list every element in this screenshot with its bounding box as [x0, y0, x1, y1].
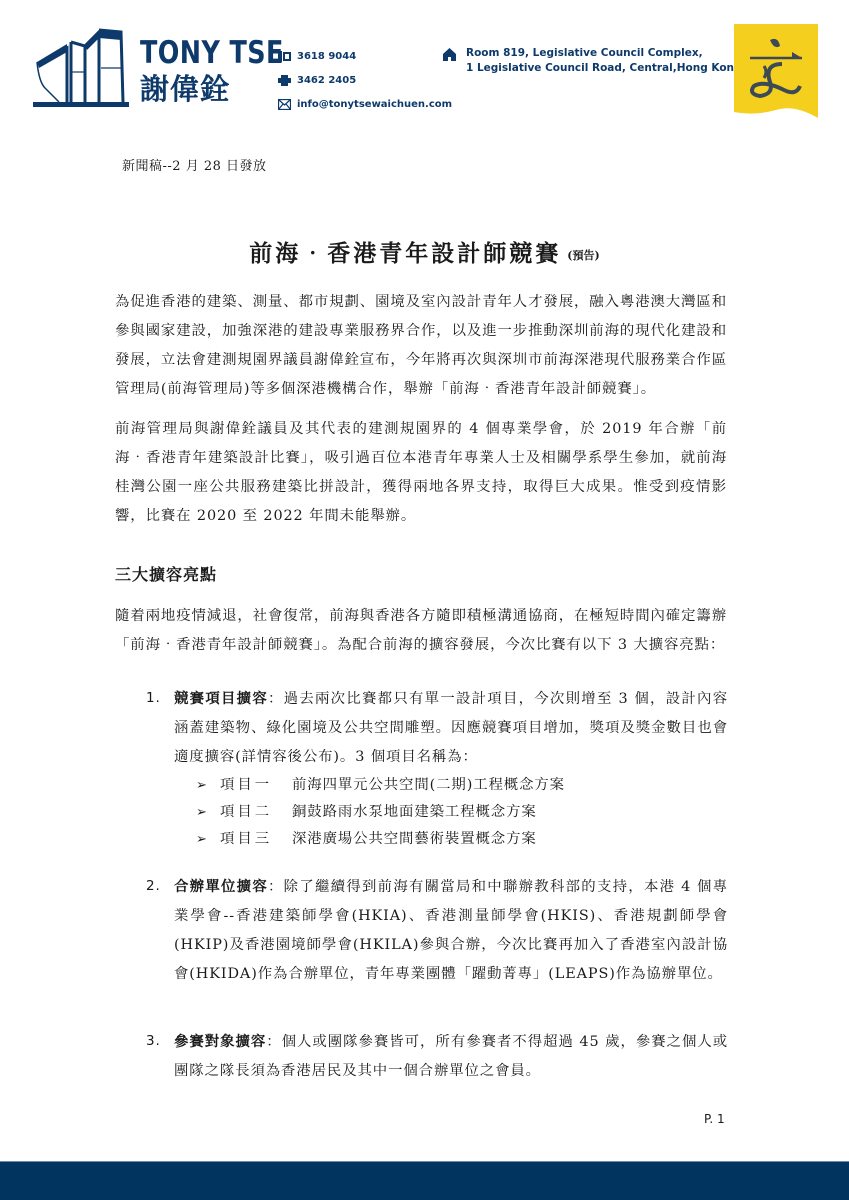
intro-paragraph: 為促進香港的建築、測量、都市規劃、園境及室內設計青年人才發展，融入粵港澳大灣區和… — [115, 288, 727, 404]
page-title: 前海‧香港青年設計師競賽(預告) — [0, 235, 849, 268]
section-heading: 三大擴容亮點 — [115, 562, 217, 585]
project-code: 項目二 — [220, 799, 292, 826]
highlight-item: 3. 參賽對象擴容：個人或團隊參賽皆可，所有參賽者不得超過 45 歲，參賽之個人… — [146, 1027, 728, 1086]
highlight-list-2: 2. 合辦單位擴容：除了繼續得到前海有關當局和中聯辦教科部的支持，本港 4 個專… — [146, 872, 728, 989]
item-number: 1. — [146, 684, 161, 713]
project-code: 項目三 — [220, 826, 292, 853]
contact-fax: 3462 2405 — [278, 68, 452, 92]
title-note: (預告) — [567, 249, 599, 262]
project-list: ➢ 項目一 前海四單元公共空間(二期)工程概念方案 ➢ 項目二 銅鼓路雨水泵地面… — [174, 772, 728, 853]
project-item: ➢ 項目一 前海四單元公共空間(二期)工程概念方案 — [196, 772, 728, 799]
title-text: 前海‧香港青年設計師競賽 — [249, 240, 561, 267]
footer-bar — [0, 1161, 849, 1200]
item-lead: 競賽項目擴容 — [174, 690, 268, 707]
phone-icon — [278, 51, 291, 62]
contact-list: 3618 9044 3462 2405 info@tonytsewaichuen… — [278, 44, 452, 116]
contact-phone: 3618 9044 — [278, 44, 452, 68]
highlight-list-3: 3. 參賽對象擴容：個人或團隊參賽皆可，所有參賽者不得超過 45 歲，參賽之個人… — [146, 1027, 728, 1086]
section-intro-paragraph: 隨着兩地疫情減退，社會復常，前海與香港各方隨即積極溝通協商，在極短時間內確定籌辦… — [115, 602, 727, 660]
background-paragraph: 前海管理局與謝偉銓議員及其代表的建測規園界的 4 個專業學會，於 2019 年合… — [115, 415, 727, 531]
fax-number: 3462 2405 — [297, 75, 356, 86]
project-item: ➢ 項目二 銅鼓路雨水泵地面建築工程概念方案 — [196, 799, 728, 826]
brand-name-en: TONY TSE — [140, 36, 284, 70]
project-item: ➢ 項目三 深港廣場公共空間藝術裝置概念方案 — [196, 826, 728, 853]
item-number: 3. — [146, 1027, 161, 1056]
home-icon — [443, 48, 456, 61]
project-code: 項目一 — [220, 772, 292, 799]
phone-number: 3618 9044 — [297, 51, 356, 62]
address-line-2: 1 Legislative Council Road, Central,Hong… — [466, 61, 742, 76]
office-address: Room 819, Legislative Council Complex, 1… — [443, 46, 742, 76]
arrow-bullet-icon: ➢ — [196, 772, 220, 799]
contact-email[interactable]: info@tonytsewaichuen.com — [278, 92, 452, 116]
arrow-bullet-icon: ➢ — [196, 826, 220, 853]
highlight-list-1: 1. 競賽項目擴容：過去兩次比賽都只有單一設計項目，今次則增至 3 個，設計內容… — [146, 684, 728, 853]
email-icon — [278, 99, 291, 110]
project-name: 前海四單元公共空間(二期)工程概念方案 — [292, 772, 565, 799]
highlight-item: 1. 競賽項目擴容：過去兩次比賽都只有單一設計項目，今次則增至 3 個，設計內容… — [146, 684, 728, 853]
item-lead: 合辦單位擴容 — [174, 878, 268, 895]
release-date-line: 新聞稿--2 月 28 日發放 — [122, 155, 267, 174]
item-lead: 參賽對象擴容 — [174, 1033, 266, 1050]
page-number: P. 1 — [704, 1112, 725, 1126]
email-address[interactable]: info@tonytsewaichuen.com — [297, 99, 452, 110]
legislative-council-logo-icon — [734, 24, 818, 118]
item-number: 2. — [146, 872, 161, 901]
project-name: 銅鼓路雨水泵地面建築工程概念方案 — [292, 799, 537, 826]
project-name: 深港廣場公共空間藝術裝置概念方案 — [292, 826, 537, 853]
fax-icon — [278, 75, 291, 86]
address-line-1: Room 819, Legislative Council Complex, — [466, 46, 742, 61]
highlight-item: 2. 合辦單位擴容：除了繼續得到前海有關當局和中聯辦教科部的支持，本港 4 個專… — [146, 872, 728, 989]
building-logo-icon — [31, 22, 131, 112]
arrow-bullet-icon: ➢ — [196, 799, 220, 826]
